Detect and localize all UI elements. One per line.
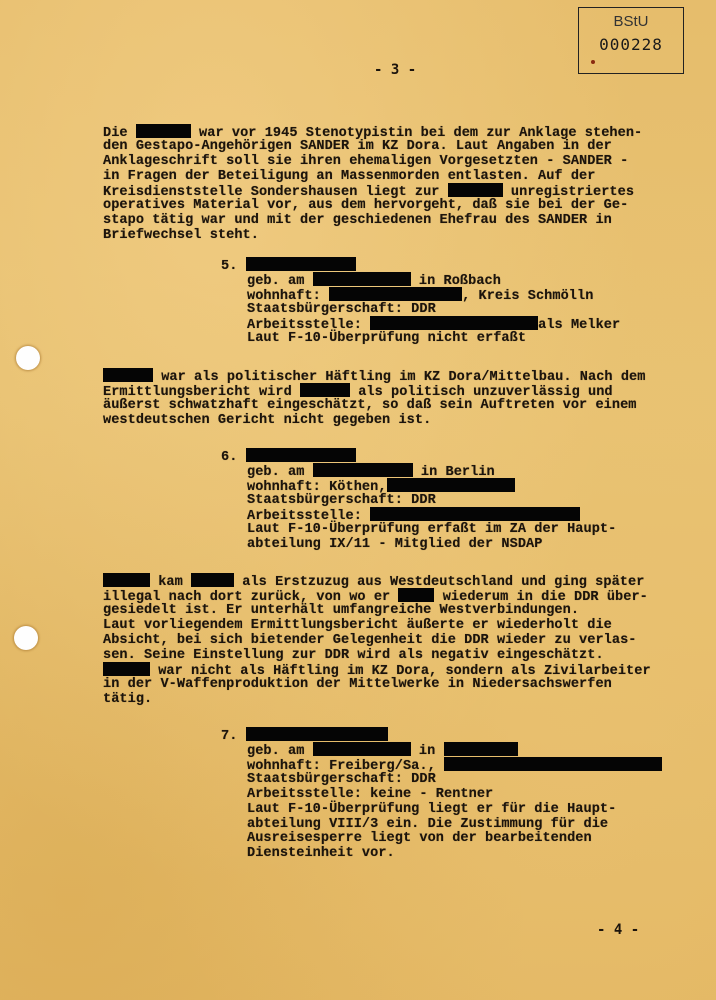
text-line: Briefwechsel steht. <box>103 228 259 243</box>
citizenship-line: Staatsbürgerschaft: DDR <box>247 302 436 317</box>
redaction-bar <box>370 316 538 330</box>
text-line: gesiedelt ist. Er unterhält umfangreiche… <box>103 603 579 618</box>
text-line: stapo tätig war und mit der geschiedenen… <box>103 213 612 228</box>
check-line: Laut F-10-Überprüfung liegt er für die H… <box>247 802 616 817</box>
check-line: abteilung IX/11 - Mitglied der NSDAP <box>247 537 542 552</box>
punch-hole-top <box>16 346 40 370</box>
stamp-number: 000228 <box>579 35 683 54</box>
redaction-bar <box>398 588 434 602</box>
citizenship-line: Staatsbürgerschaft: DDR <box>247 493 436 508</box>
workplace-line: Arbeitsstelle: keine - Rentner <box>247 787 493 802</box>
page-number: - 3 - <box>374 62 416 78</box>
redaction-bar <box>300 383 350 397</box>
redaction-bar <box>136 124 191 138</box>
punch-hole-bottom <box>14 626 38 650</box>
check-line: Laut F-10-Überprüfung erfaßt im ZA der H… <box>247 522 616 537</box>
text-line: Absicht, bei sich bietender Gelegenheit … <box>103 633 637 648</box>
redaction-bar <box>103 662 150 676</box>
text-line: tätig. <box>103 692 152 707</box>
text-line: westdeutschen Gericht nicht gegeben ist. <box>103 413 431 428</box>
redaction-bar <box>448 183 503 197</box>
text-line: Laut vorliegendem Ermittlungsbericht äuß… <box>103 618 612 633</box>
redaction-bar <box>313 742 411 756</box>
redaction-bar <box>313 272 411 286</box>
redaction-bar <box>370 507 580 521</box>
redaction-bar <box>313 463 413 477</box>
redaction-bar <box>444 757 662 771</box>
redaction-bar <box>246 727 388 741</box>
check-line: Ausreisesperre liegt von der bearbeitend… <box>247 831 592 846</box>
check-line: abteilung VIII/3 ein. Die Zustimmung für… <box>247 817 608 832</box>
redaction-bar <box>387 478 515 492</box>
check-line: Diensteinheit vor. <box>247 846 395 861</box>
text-line: in Fragen der Beteiligung an Massenmorde… <box>103 169 595 184</box>
redaction-bar <box>103 368 153 382</box>
next-page-marker: - 4 - <box>597 922 639 938</box>
redaction-bar <box>329 287 462 301</box>
redaction-bar <box>191 573 234 587</box>
text-line: sen. Seine Einstellung zur DDR wird als … <box>103 648 604 663</box>
text-line: den Gestapo-Angehörigen SANDER im KZ Dor… <box>103 139 612 154</box>
text-line: operatives Material vor, aus dem hervorg… <box>103 198 628 213</box>
check-line: Laut F-10-Überprüfung nicht erfaßt <box>247 331 526 346</box>
text-line: in der V-Waffenproduktion der Mittelwerk… <box>103 677 612 692</box>
redaction-bar <box>444 742 518 756</box>
redaction-bar <box>246 448 356 462</box>
redaction-bar <box>246 257 356 271</box>
ink-spot <box>591 60 595 64</box>
redaction-bar <box>103 573 150 587</box>
text-line: Anklageschrift soll sie ihren ehemaligen… <box>103 154 628 169</box>
archive-stamp: BStU 000228 <box>578 7 684 74</box>
citizenship-line: Staatsbürgerschaft: DDR <box>247 772 436 787</box>
stamp-agency: BStU <box>579 13 683 30</box>
text-line: äußerst schwatzhaft eingeschätzt, so daß… <box>103 398 637 413</box>
